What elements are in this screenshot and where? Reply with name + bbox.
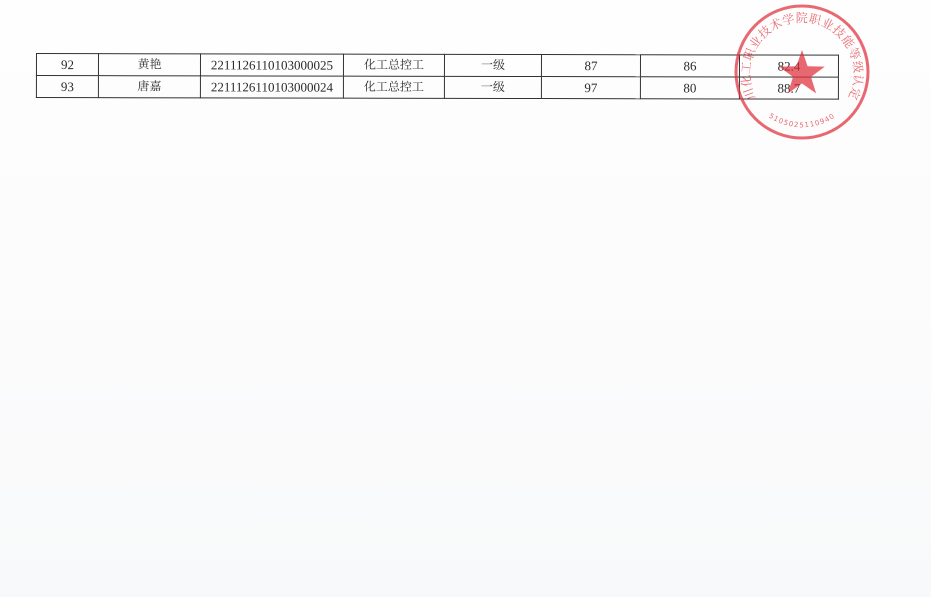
cell-score-b: 80 [640, 77, 739, 99]
score-table: 92 黄艳 2211126110103000025 化工总控工 一级 87 86… [36, 53, 839, 100]
cell-index: 92 [36, 54, 98, 76]
cell-certificate-no: 2211126110103000025 [200, 54, 343, 76]
cell-level: 一级 [444, 76, 541, 98]
cell-index: 93 [36, 76, 98, 98]
cell-score-a: 87 [541, 55, 640, 77]
cell-occupation: 化工总控工 [343, 54, 444, 76]
cell-level: 一级 [444, 54, 541, 76]
scanned-page: 92 黄艳 2211126110103000025 化工总控工 一级 87 86… [0, 0, 931, 597]
cell-score-a: 97 [541, 77, 640, 99]
table-row: 93 唐嘉 2211126110103000024 化工总控工 一级 97 80… [36, 76, 838, 100]
seal-code: 5105025110940 [767, 112, 836, 129]
cell-name: 唐嘉 [98, 76, 200, 98]
cell-score-b: 86 [640, 55, 739, 77]
cell-occupation: 化工总控工 [343, 76, 444, 98]
table-row: 92 黄艳 2211126110103000025 化工总控工 一级 87 86… [36, 54, 838, 78]
cell-total: 88.7 [739, 77, 838, 99]
cell-name: 黄艳 [98, 54, 200, 76]
cell-total: 82.4 [739, 55, 838, 77]
cell-certificate-no: 2211126110103000024 [200, 76, 343, 98]
